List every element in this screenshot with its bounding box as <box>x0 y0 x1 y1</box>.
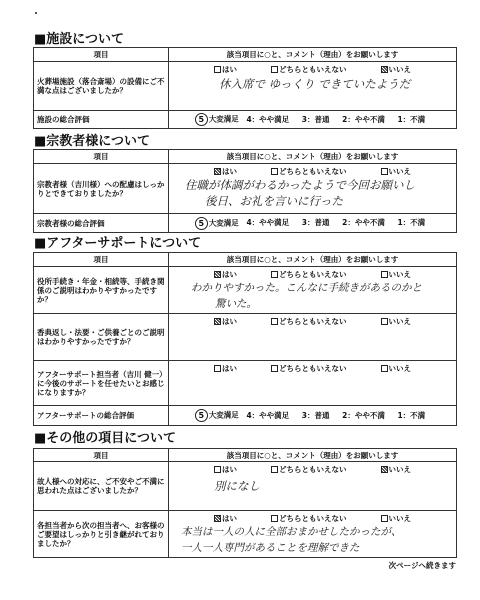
option-neutral[interactable]: どちらともいえない <box>271 317 347 326</box>
checkbox-icon[interactable] <box>271 365 278 372</box>
section-title-religious: ■宗教者様について <box>34 135 150 149</box>
rating-row: 施設の総合評価 5大変満足 4：やや満足 3：普通 2：やや不満 1：不満 <box>34 111 457 129</box>
answer-options: はい どちらともいえない いいえ <box>169 167 456 176</box>
option-no[interactable]: いいえ <box>381 167 412 176</box>
scan-speck <box>35 12 37 14</box>
question-text: 香典返し・法要・ご供養ごとのご説明はわかりやすかったですか？ <box>34 314 169 361</box>
rating-3[interactable]: 3：普通 <box>302 411 330 420</box>
handwritten-comment: 休入席で ゆっくり できていたようだ <box>169 76 456 92</box>
question-text: 故人様への対応に、ご不安やご不満に思われた点はございましたか？ <box>34 462 169 511</box>
rating-3[interactable]: 3：普通 <box>302 218 330 227</box>
rating-2[interactable]: 2：やや不満 <box>342 411 385 420</box>
checkbox-icon[interactable] <box>381 318 388 325</box>
answer-cell: はい どちらともいえない いいえ <box>169 314 457 361</box>
section-title-other: ■その他の項目について <box>34 432 176 446</box>
checkbox-checked-icon[interactable] <box>214 168 221 175</box>
checkbox-icon[interactable] <box>271 168 278 175</box>
rating-2[interactable]: 2：やや不満 <box>342 218 385 227</box>
checkbox-icon[interactable] <box>381 365 388 372</box>
column-header-instruction: 該当項目に○と、コメント（理由）をお願いします <box>169 48 457 62</box>
rating-scale: 5大変満足 4：やや満足 3：普通 2：やや不満 1：不満 <box>169 111 457 129</box>
checkbox-icon[interactable] <box>381 168 388 175</box>
rating-label: 施設の総合評価 <box>34 111 169 129</box>
question-row: 故人様への対応に、ご不安やご不満に思われた点はございましたか？ はい どちらとも… <box>34 462 457 511</box>
rating-4[interactable]: 4：やや満足 <box>246 115 289 124</box>
option-yes[interactable]: はい <box>214 65 237 74</box>
rating-label: 宗教者様の総合評価 <box>34 214 169 233</box>
answer-options: はい どちらともいえない いいえ <box>169 65 456 74</box>
answer-options: はい どちらともいえない いいえ <box>169 364 456 373</box>
question-row: 宗教者様（吉川様）への配慮はしっかりとできておりましたか？ はい どちらともいえ… <box>34 164 457 214</box>
rating-1[interactable]: 1：不満 <box>397 218 425 227</box>
rating-4[interactable]: 4：やや満足 <box>246 411 289 420</box>
handwritten-comment-line-2: 一人一人専門があることを理解できた <box>169 540 456 556</box>
option-neutral[interactable]: どちらともいえない <box>271 65 347 74</box>
rating-label: アフターサポートの総合評価 <box>34 406 169 426</box>
option-yes[interactable]: はい <box>214 514 237 523</box>
column-header-item: 項目 <box>34 150 169 164</box>
column-header-instruction: 該当項目に○と、コメント（理由）をお願いします <box>169 150 457 164</box>
option-neutral[interactable]: どちらともいえない <box>271 167 347 176</box>
answer-options: はい どちらともいえない いいえ <box>169 514 456 523</box>
question-text: アフターサポート担当者（吉川 健一）に今後のサポートを任せたいとお感じになります… <box>34 361 169 406</box>
column-header-instruction: 該当項目に○と、コメント（理由）をお願いします <box>169 253 457 267</box>
checkbox-icon[interactable] <box>381 271 388 278</box>
rating-row: アフターサポートの総合評価 5大変満足 4：やや満足 3：普通 2：やや不満 1… <box>34 406 457 426</box>
answer-options: はい どちらともいえない いいえ <box>169 465 456 474</box>
option-no[interactable]: いいえ <box>381 65 412 74</box>
answer-options: はい どちらともいえない いいえ <box>169 317 456 326</box>
option-no[interactable]: いいえ <box>381 465 412 474</box>
option-neutral[interactable]: どちらともいえない <box>271 270 347 279</box>
answer-options: はい どちらともいえない いいえ <box>169 270 456 279</box>
checkbox-checked-icon[interactable] <box>381 66 388 73</box>
rating-row: 宗教者様の総合評価 5大変満足 4：やや満足 3：普通 2：やや不満 1：不満 <box>34 214 457 233</box>
religious-table: 項目 該当項目に○と、コメント（理由）をお願いします 宗教者様（吉川様）への配慮… <box>33 149 457 233</box>
question-row: 役所手続き・年金・相続等、手続き関係のご説明はわかりやすかったですか？ はい ど… <box>34 267 457 314</box>
checkbox-icon[interactable] <box>271 515 278 522</box>
option-yes[interactable]: はい <box>214 465 237 474</box>
question-row: 火葬場施設（落合斎場）の設備にご不満な点はございましたか？ はい どちらともいえ… <box>34 62 457 111</box>
column-header-item: 項目 <box>34 449 169 462</box>
checkbox-icon[interactable] <box>271 318 278 325</box>
option-no[interactable]: いいえ <box>381 364 412 373</box>
question-row: 各担当者から次の担当者へ、お客様のご要望はしっかりと引き継がれておりましたか？ … <box>34 511 457 558</box>
option-neutral[interactable]: どちらともいえない <box>271 514 347 523</box>
option-yes[interactable]: はい <box>214 364 237 373</box>
question-text: 役所手続き・年金・相続等、手続き関係のご説明はわかりやすかったですか？ <box>34 267 169 314</box>
question-text: 宗教者様（吉川様）への配慮はしっかりとできておりましたか？ <box>34 164 169 214</box>
checkbox-checked-icon[interactable] <box>381 466 388 473</box>
column-header-instruction: 該当項目に○と、コメント（理由）をお願いします <box>169 449 457 462</box>
question-text: 火葬場施設（落合斎場）の設備にご不満な点はございましたか？ <box>34 62 169 111</box>
other-items-table: 項目 該当項目に○と、コメント（理由）をお願いします 故人様への対応に、ご不安や… <box>33 448 457 558</box>
rating-4[interactable]: 4：やや満足 <box>246 218 289 227</box>
answer-cell: はい どちらともいえない いいえ <box>169 361 457 406</box>
question-row: 香典返し・法要・ご供養ごとのご説明はわかりやすかったですか？ はい どちらともい… <box>34 314 457 361</box>
circled-rating-icon[interactable]: 5 <box>195 409 208 422</box>
checkbox-icon[interactable] <box>214 466 221 473</box>
handwritten-comment-line-2: 驚いた。 <box>169 296 456 312</box>
column-header-item: 項目 <box>34 253 169 267</box>
option-neutral[interactable]: どちらともいえない <box>271 364 347 373</box>
question-text: 各担当者から次の担当者へ、お客様のご要望はしっかりと引き継がれておりましたか？ <box>34 511 169 558</box>
handwritten-comment-line-1: 本当は一人の人に全部おまかせしたかったが、 <box>169 524 456 540</box>
option-neutral[interactable]: どちらともいえない <box>271 465 347 474</box>
question-row: アフターサポート担当者（吉川 健一）に今後のサポートを任せたいとお感じになります… <box>34 361 457 406</box>
answer-cell: はい どちらともいえない いいえ 別になし <box>169 462 457 511</box>
facility-table: 項目 該当項目に○と、コメント（理由）をお願いします 火葬場施設（落合斎場）の設… <box>33 47 457 129</box>
option-no[interactable]: いいえ <box>381 317 412 326</box>
handwritten-comment-line-1: 住職が体調がわるかったようで今回お願いし <box>169 177 456 193</box>
handwritten-comment: 別になし <box>169 478 456 494</box>
checkbox-icon[interactable] <box>271 466 278 473</box>
checkbox-checked-icon[interactable] <box>214 271 221 278</box>
rating-scale: 5大変満足 4：やや満足 3：普通 2：やや不満 1：不満 <box>169 214 457 233</box>
section-title-after-support: ■アフターサポートについて <box>34 237 201 251</box>
answer-cell: はい どちらともいえない いいえ 本当は一人の人に全部おまかせしたかったが、 一… <box>169 511 457 558</box>
checkbox-icon[interactable] <box>214 66 221 73</box>
option-no[interactable]: いいえ <box>381 270 412 279</box>
checkbox-icon[interactable] <box>271 66 278 73</box>
option-yes[interactable]: はい <box>214 270 237 279</box>
answer-cell: はい どちらともいえない いいえ 住職が体調がわるかったようで今回お願いし 後日… <box>169 164 457 214</box>
option-yes[interactable]: はい <box>214 317 237 326</box>
checkbox-checked-icon[interactable] <box>214 318 221 325</box>
circled-rating-icon[interactable]: 5 <box>195 113 208 126</box>
option-yes[interactable]: はい <box>214 167 237 176</box>
section-title-facility: ■施設について <box>34 33 124 47</box>
answer-cell: はい どちらともいえない いいえ 休入席で ゆっくり できていたようだ <box>169 62 457 111</box>
checkbox-icon[interactable] <box>271 271 278 278</box>
rating-3[interactable]: 3：普通 <box>302 115 330 124</box>
column-header-item: 項目 <box>34 48 169 62</box>
rating-2[interactable]: 2：やや不満 <box>342 115 385 124</box>
handwritten-comment-line-2: 後日、お礼を言いに行った <box>169 193 456 209</box>
checkbox-icon[interactable] <box>214 365 221 372</box>
circled-rating-icon[interactable]: 5 <box>195 217 208 230</box>
after-support-table: 項目 該当項目に○と、コメント（理由）をお願いします 役所手続き・年金・相続等、… <box>33 252 457 426</box>
checkbox-icon[interactable] <box>381 515 388 522</box>
rating-1[interactable]: 1：不満 <box>397 115 425 124</box>
rating-1[interactable]: 1：不満 <box>397 411 425 420</box>
continued-next-page-note: 次ページへ続きます <box>389 560 456 571</box>
answer-cell: はい どちらともいえない いいえ わかりやすかった。こんなに手続きがあるのかと … <box>169 267 457 314</box>
checkbox-checked-icon[interactable] <box>214 515 221 522</box>
option-no[interactable]: いいえ <box>381 514 412 523</box>
handwritten-comment-line-1: わかりやすかった。こんなに手続きがあるのかと <box>169 280 456 296</box>
rating-scale: 5大変満足 4：やや満足 3：普通 2：やや不満 1：不満 <box>169 406 457 426</box>
